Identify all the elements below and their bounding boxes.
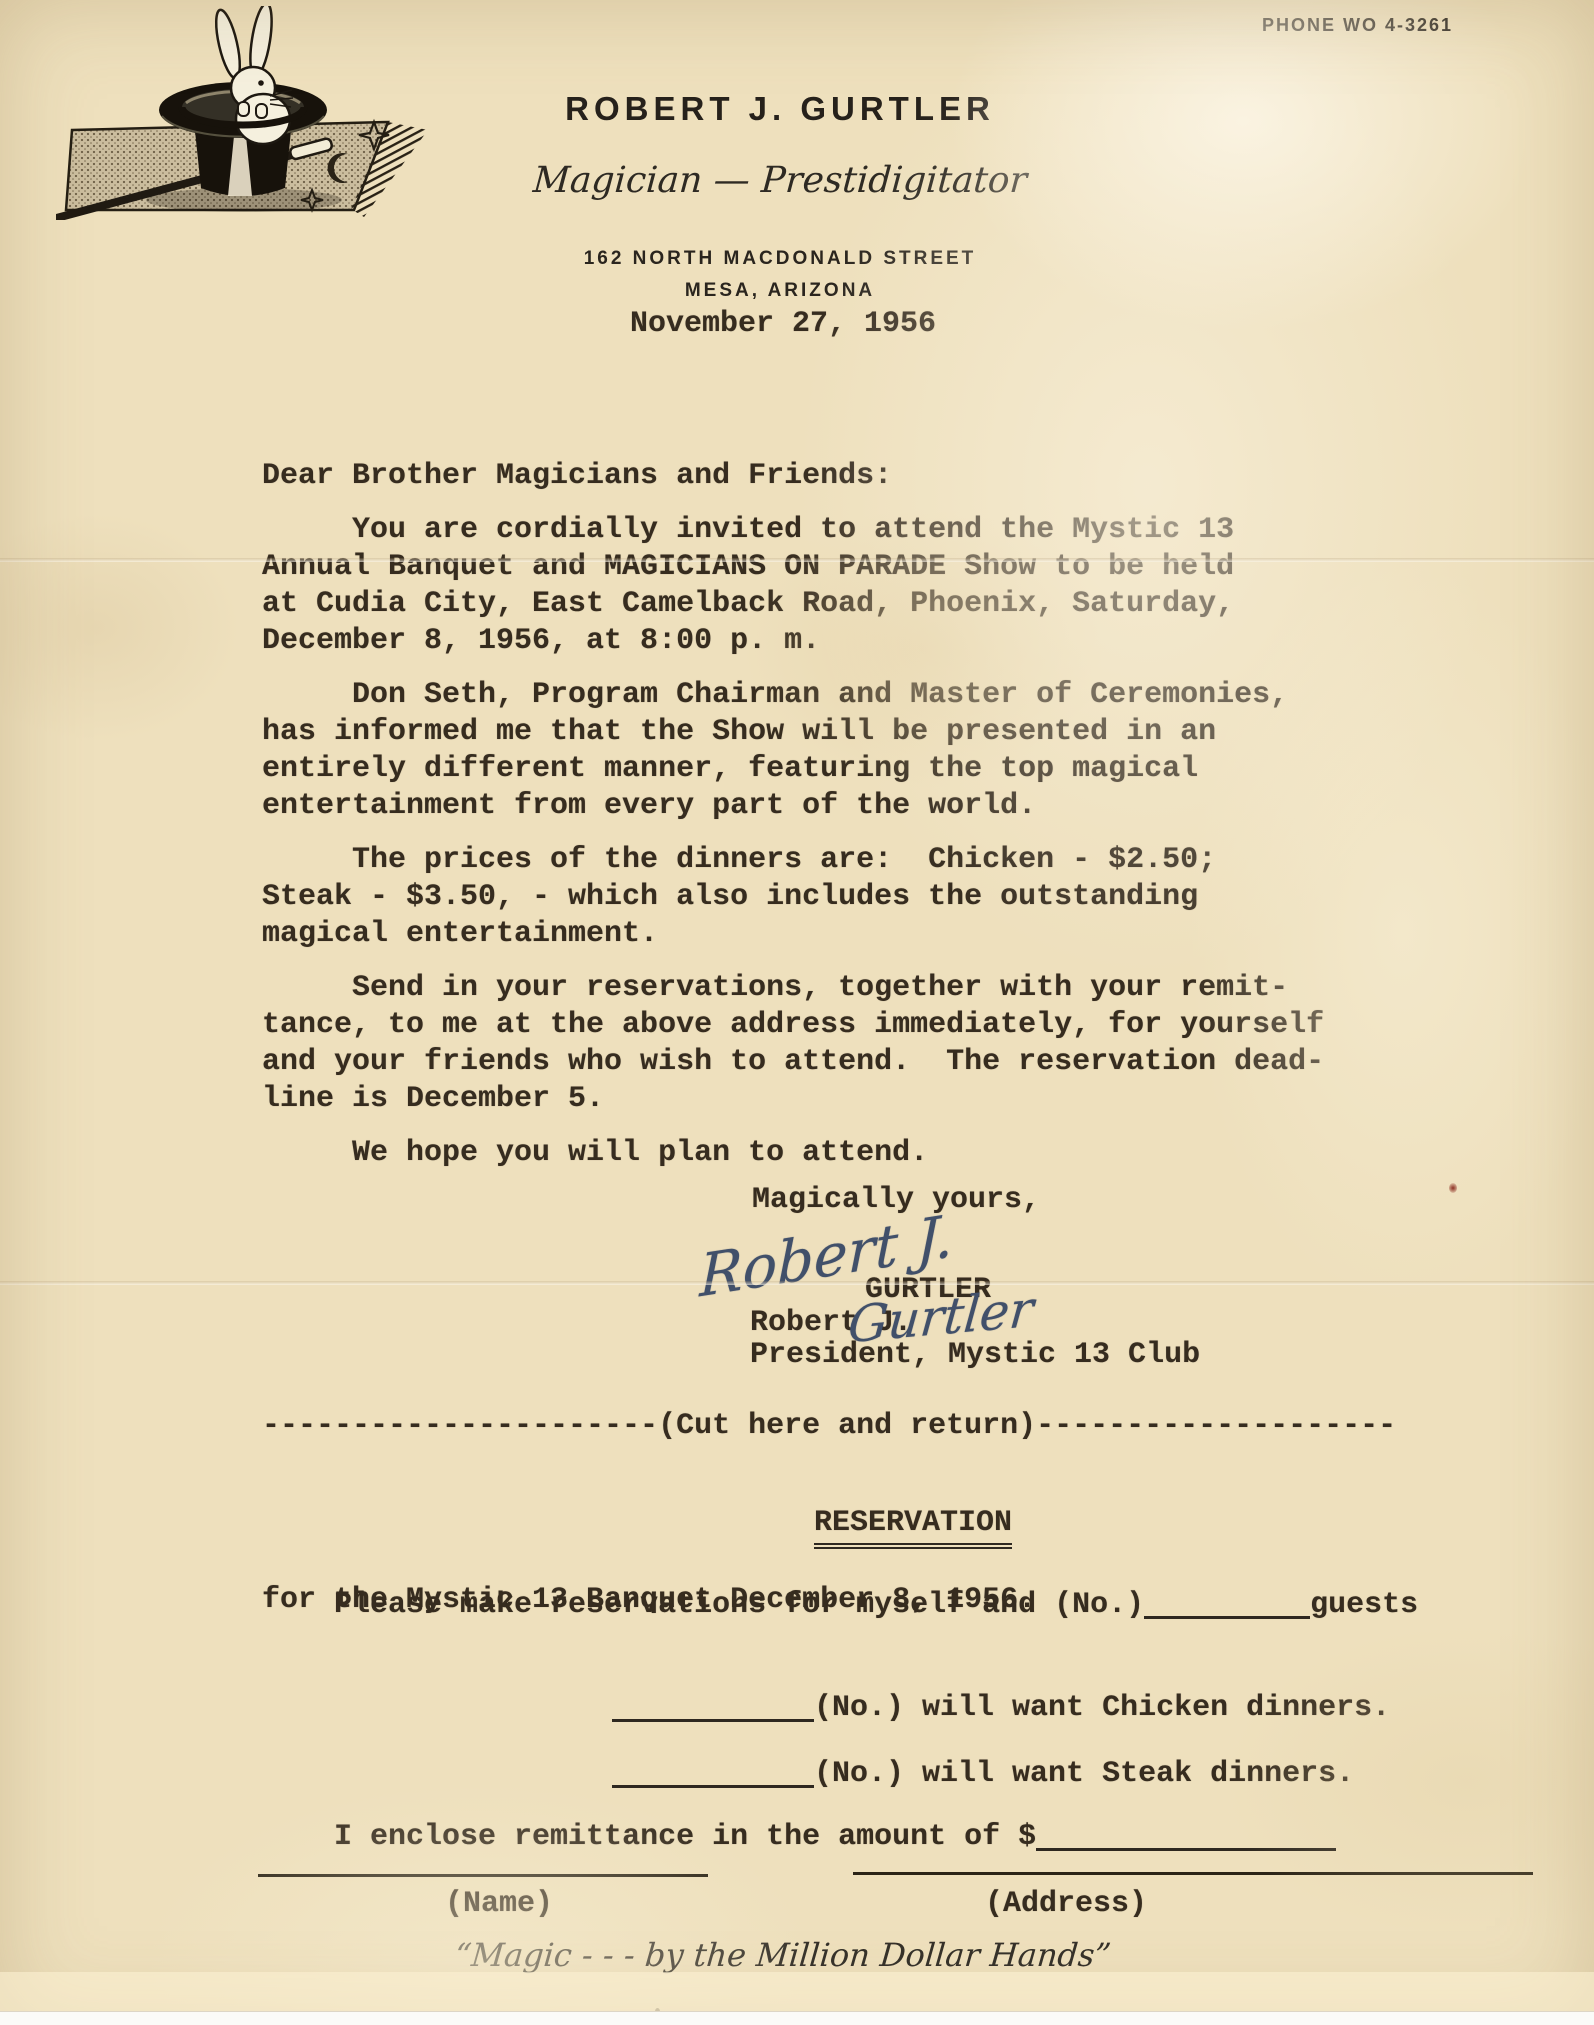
paragraph: Send in your reservations, together with… — [262, 970, 1324, 1118]
reservation-heading-text: RESERVATION — [814, 1506, 1012, 1549]
letterhead-address-line1: 162 NORTH MACDONALD STREET — [0, 248, 1560, 270]
paragraph: You are cordially invited to attend the … — [262, 512, 1234, 660]
ink-dot — [1449, 1183, 1457, 1193]
remittance-line-text: I enclose remittance in the amount of $ — [334, 1820, 1036, 1854]
guests-line-suffix: guests — [1310, 1588, 1418, 1622]
paragraph: Don Seth, Program Chairman and Master of… — [262, 677, 1288, 825]
paragraph: The prices of the dinners are: Chicken -… — [262, 842, 1216, 953]
scanned-letter: PHONE WO 4-3261 ROBERT J. GURTLER Magici… — [0, 0, 1594, 2025]
address-rule — [853, 1872, 1533, 1875]
letterhead-title: Magician — Prestidigitator — [0, 160, 1561, 201]
scan-edge — [0, 2011, 1594, 2025]
letterhead-address-line2: MESA, ARIZONA — [0, 280, 1560, 302]
paragraph: We hope you will plan to attend. — [262, 1135, 928, 1172]
remittance-amount-blank — [1036, 1821, 1336, 1851]
cut-here-line: ----------------------(Cut here and retu… — [262, 1408, 1396, 1445]
letter-date: November 27, 1956 — [630, 306, 936, 343]
letterhead-name: ROBERT J. GURTLER — [0, 90, 1560, 128]
banquet-line: for the Mystic 13 Banquet December 8, 19… — [262, 1582, 1036, 1619]
name-label: (Name) — [445, 1886, 553, 1923]
guests-count-blank — [1144, 1589, 1310, 1619]
salutation: Dear Brother Magicians and Friends: — [262, 458, 892, 495]
name-rule — [258, 1874, 708, 1877]
address-label: (Address) — [985, 1886, 1147, 1923]
footer-slogan: “Magic - - - by the Million Dollar Hands… — [381, 1936, 1184, 1974]
phone-number: PHONE WO 4-3261 — [1262, 15, 1453, 36]
bottom-light-band — [0, 1972, 1594, 2011]
